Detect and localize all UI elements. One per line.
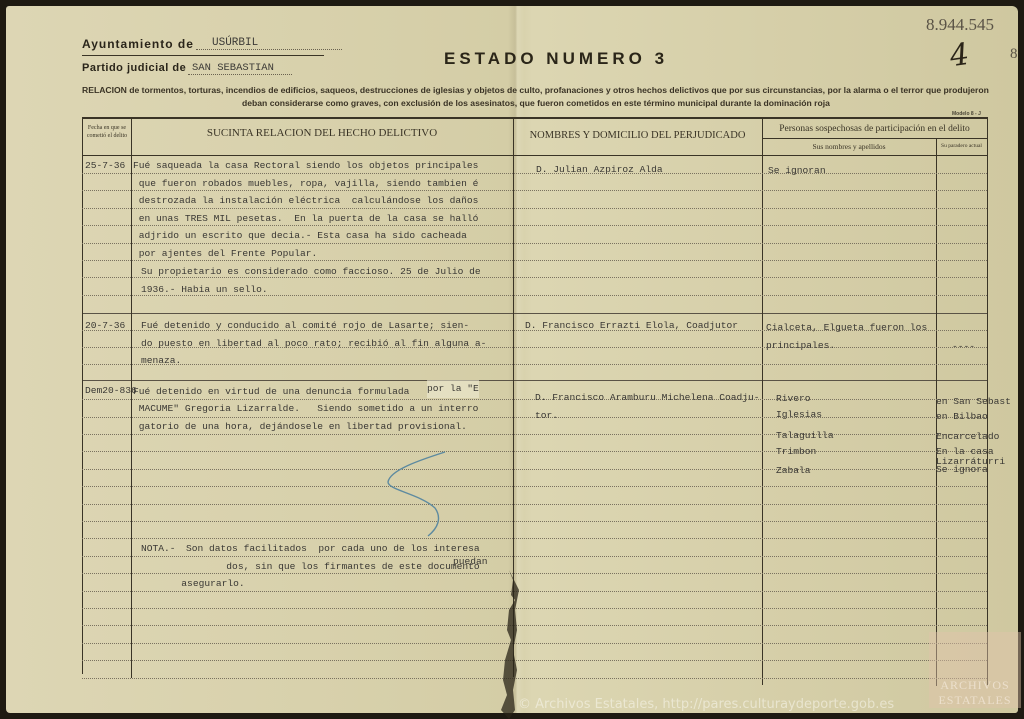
row-victim: D. Francisco Aramburu Michelena Coadju- … bbox=[535, 389, 760, 424]
row-suspect: principales. bbox=[766, 337, 835, 355]
row-whereabouts: Se ignora bbox=[936, 461, 988, 479]
row-victim: D. Julian Azpiroz Alda bbox=[536, 161, 663, 179]
partido-value: SAN SEBASTIAN bbox=[188, 62, 292, 75]
row-suspect: Trimbon bbox=[776, 443, 816, 461]
partido-label: Partido judicial de bbox=[82, 62, 186, 74]
row-suspect: Rivero bbox=[776, 390, 811, 408]
header-suspect-names: Sus nombres y apellidos bbox=[762, 142, 936, 151]
row-victim: D. Francisco Errazti Elola, Coadjutor bbox=[525, 317, 738, 335]
note-text-end: asegurarlo. bbox=[141, 575, 245, 593]
row-facts-insert: por la "E bbox=[427, 380, 479, 398]
row-facts: Fué saqueada la casa Rectoral siendo los… bbox=[133, 157, 478, 262]
row-whereabouts: Encarcelado bbox=[936, 428, 999, 446]
row-suspect: Iglesias bbox=[776, 406, 822, 424]
row-facts-extra: Su propietario es considerado como facci… bbox=[141, 263, 481, 298]
description-line-2: deban considerarse como graves, con excl… bbox=[242, 98, 830, 108]
archive-logo-line-2: ESTATALES bbox=[929, 693, 1021, 708]
note-raised-word: puedan bbox=[453, 553, 488, 571]
row-facts-rest: MACUME" Gregoria Lizarralde. Siendo some… bbox=[133, 400, 478, 435]
page-title: ESTADO NUMERO 3 bbox=[444, 49, 668, 69]
header-facts: SUCINTA RELACION DEL HECHO DELICTIVO bbox=[131, 127, 513, 139]
copyright-watermark: © Archivos Estatales, http://pares.cultu… bbox=[518, 697, 894, 712]
row-facts: Fué detenido en virtud de una denuncia f… bbox=[133, 383, 409, 401]
handwritten-squiggle bbox=[380, 448, 450, 538]
ayuntamiento-value: USÚRBIL bbox=[196, 37, 342, 50]
row-suspect: Zabala bbox=[776, 462, 811, 480]
row-suspect: Se ignoran bbox=[768, 162, 826, 180]
header-suspect-whereabouts: Su paradero actual bbox=[936, 143, 987, 149]
row-facts: Fué detenido y conducido al comité rojo … bbox=[141, 317, 486, 370]
header-suspects-group: Personas sospechosas de participación en… bbox=[762, 124, 987, 134]
header-date: Fecha en que se cometió el delito bbox=[84, 124, 130, 140]
row-suspect: Cialceta, Elgueta fueron los bbox=[766, 319, 927, 337]
row-whereabouts: en Bilbao bbox=[936, 408, 988, 426]
note-label: NOTA.- bbox=[141, 540, 176, 558]
row-date: 25-7-36 bbox=[85, 157, 125, 175]
ayuntamiento-label: Ayuntamiento de bbox=[82, 37, 194, 51]
reference-number: 8.944.545 bbox=[926, 15, 994, 35]
header-victim: NOMBRES Y DOMICILIO DEL PERJUDICADO bbox=[513, 130, 762, 141]
note-text: Son datos facilitados por cada uno de lo… bbox=[186, 540, 480, 575]
row-suspect: Talaguilla bbox=[776, 427, 834, 445]
row-whereabouts: ---- bbox=[952, 338, 975, 356]
archive-logo: ARCHIVOS ESTATALES bbox=[929, 632, 1021, 708]
header-rule bbox=[82, 55, 324, 56]
description-line-1: RELACION de tormentos, torturas, incendi… bbox=[82, 85, 989, 95]
archive-logo-line-1: ARCHIVOS bbox=[929, 678, 1021, 693]
row-date: 20-7-36 bbox=[85, 317, 125, 335]
page-number: 8 bbox=[1010, 46, 1018, 63]
row-date: Dem20-836 bbox=[85, 382, 137, 400]
